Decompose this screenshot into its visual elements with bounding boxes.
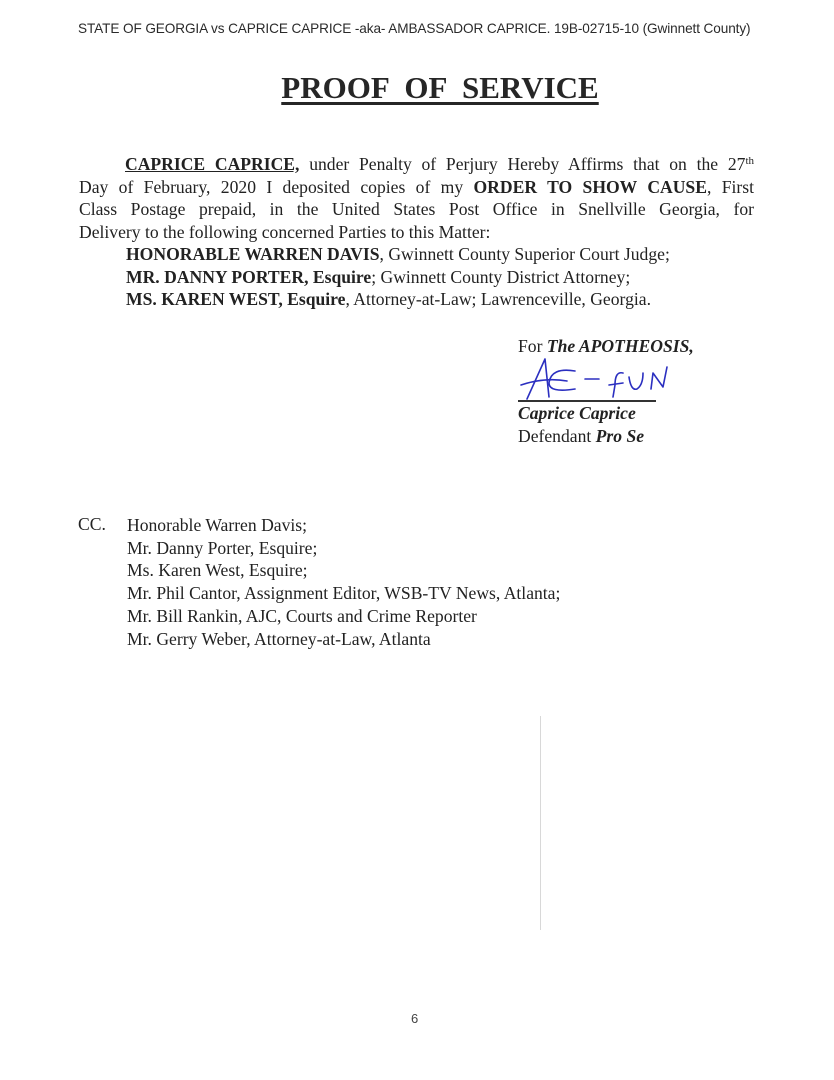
party-item: MS. KAREN WEST, Esquire, Attorney-at-Law… <box>126 288 670 311</box>
scan-artifact-line <box>540 716 541 930</box>
party-item: HONORABLE WARREN DAVIS, Gwinnett County … <box>126 243 670 266</box>
body-line-4: Delivery to the following concerned Part… <box>79 221 754 244</box>
title-text: PROOF OF SERVICE <box>281 70 598 105</box>
served-parties-list: HONORABLE WARREN DAVIS, Gwinnett County … <box>126 243 670 311</box>
affiant-name: CAPRICE CAPRICE, <box>125 154 299 174</box>
page-title: PROOF OF SERVICE <box>0 70 834 106</box>
case-header: STATE OF GEORGIA vs CAPRICE CAPRICE -aka… <box>78 21 750 36</box>
body-line-1: CAPRICE CAPRICE, under Penalty of Perjur… <box>79 153 754 176</box>
signature-for-line: For The APOTHEOSIS, <box>518 336 694 357</box>
cc-recipient: Mr. Bill Rankin, AJC, Courts and Crime R… <box>127 605 560 628</box>
affirmation-paragraph: CAPRICE CAPRICE, under Penalty of Perjur… <box>79 153 754 243</box>
order-to-show-cause: ORDER TO SHOW CAUSE <box>474 177 707 197</box>
cc-recipient: Mr. Phil Cantor, Assignment Editor, WSB-… <box>127 582 560 605</box>
body-line-2: Day of February, 2020 I deposited copies… <box>79 176 754 199</box>
body-line-3: Class Postage prepaid, in the United Sta… <box>79 198 754 221</box>
page-number: 6 <box>411 1011 418 1026</box>
entity-name: The APOTHEOSIS, <box>547 336 694 356</box>
signature-line <box>518 400 656 402</box>
signer-name: Caprice Caprice <box>518 403 636 424</box>
cc-recipient: Mr. Danny Porter, Esquire; <box>127 537 560 560</box>
handwritten-signature <box>505 355 685 405</box>
document-page: STATE OF GEORGIA vs CAPRICE CAPRICE -aka… <box>0 0 834 1080</box>
cc-recipients-list: Honorable Warren Davis; Mr. Danny Porter… <box>127 514 560 650</box>
cc-recipient: Ms. Karen West, Esquire; <box>127 559 560 582</box>
cc-recipient: Honorable Warren Davis; <box>127 514 560 537</box>
party-item: MR. DANNY PORTER, Esquire; Gwinnett Coun… <box>126 266 670 289</box>
cc-recipient: Mr. Gerry Weber, Attorney-at-Law, Atlant… <box>127 628 560 651</box>
cc-label: CC. <box>78 514 106 535</box>
signer-role: Defendant Pro Se <box>518 426 644 447</box>
